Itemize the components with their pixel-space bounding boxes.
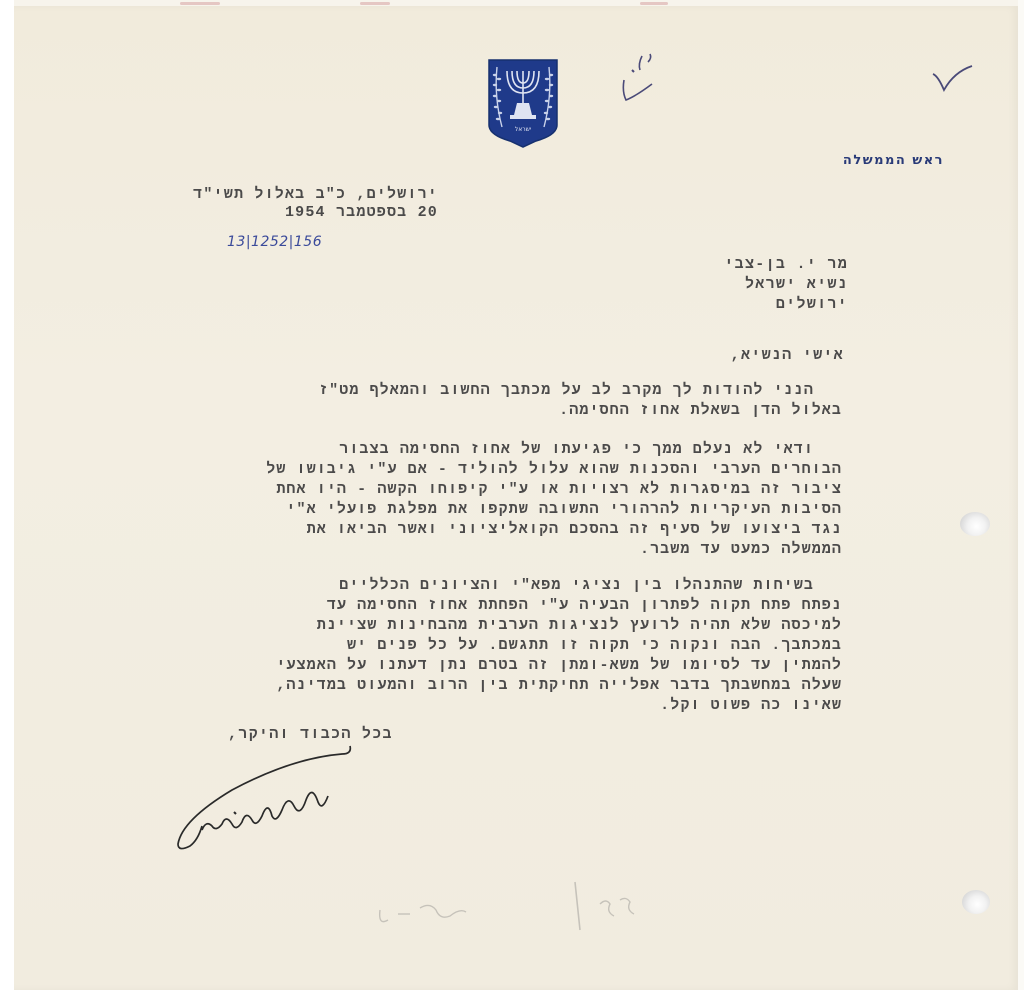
handwritten-initials (612, 50, 672, 115)
paragraph-line: נפתח פתח תקוה לפתרון הבעיה ע"י הפחתת אחו… (180, 596, 842, 616)
salutation: אישי הנשיא, (731, 347, 844, 364)
date-hebrew: ירושלים, כ"ב באלול תשי"ד (208, 186, 438, 204)
paragraph-3: בשיחות שהתנהלו בין נציגי מפא"י והציונים … (180, 576, 842, 716)
punch-hole (960, 512, 990, 536)
stamp-trace (360, 2, 390, 5)
svg-text:ישראל: ישראל (515, 126, 531, 133)
paragraph-line: להמתין עד לסיומו של משא-ומתן זה בטרם נתן… (180, 656, 842, 676)
recipient-city: ירושלים (648, 295, 848, 315)
paragraph-line: ודאי לא נעלם ממך כי פגיעתו של אחוז החסימ… (180, 440, 842, 460)
punch-hole (962, 890, 990, 914)
faint-archive-note (370, 880, 650, 940)
handwritten-signature (172, 740, 362, 860)
paragraph-line: במכתבך. הבה ונקוה כי תקוה זו תתגשם. על כ… (180, 636, 842, 656)
recipient-address: מר י. בן-צבי נשיא ישראל ירושלים (648, 255, 848, 315)
paragraph-line: למיכסה שלא תהיה לרועץ לנציגות הערבית מהב… (180, 616, 842, 636)
paragraph-line: הממשלה כמעט עד משבר. (180, 540, 842, 560)
paragraph-line: הבוחרים הערבי והסכנות שהוא עלול להוליד -… (180, 460, 842, 480)
recipient-name: מר י. בן-צבי (648, 255, 848, 275)
date-block: ירושלים, כ"ב באלול תשי"ד 20 בספטמבר 1954 (208, 186, 438, 222)
handwritten-checkmark-icon (930, 62, 976, 101)
paragraph-line: שאינו כה פשוט וקל. (180, 696, 842, 716)
office-title: ראש הממשלה (843, 153, 944, 168)
paragraph-line: באלול הדן בשאלת אחוז החסימה. (180, 401, 842, 421)
paragraph-line: בשיחות שהתנהלו בין נציגי מפא"י והציונים … (180, 576, 842, 596)
emblem-of-israel-icon: ישראל (486, 57, 560, 149)
paragraph-line: הסיבות העיקריות להרהורי התשובה שתקפו את … (180, 500, 842, 520)
date-gregorian: 20 בספטמבר 1954 (208, 204, 438, 222)
paragraph-1: הנני להודות לך מקרב לב על מכתבך החשוב וה… (180, 381, 842, 421)
stamp-trace (180, 2, 220, 5)
recipient-title: נשיא ישראל (648, 275, 848, 295)
paragraph-line: שעלה במחשבתך בדבר אפלייה תחיקתית בין הרו… (180, 676, 842, 696)
paragraph-line: הנני להודות לך מקרב לב על מכתבך החשוב וה… (180, 381, 842, 401)
stamp-trace (640, 2, 668, 5)
paragraph-line: ציבור זה במיסגרות לא רצויות או ע"י קיפוח… (180, 480, 842, 500)
paragraph-2: ודאי לא נעלם ממך כי פגיעתו של אחוז החסימ… (180, 440, 842, 560)
handwritten-file-number: 13|1252|156 (227, 234, 322, 250)
paper-right-edge (1018, 0, 1024, 990)
paragraph-line: נגד ביצועו של סעיף זה בהסכם הקואליציוני … (180, 520, 842, 540)
